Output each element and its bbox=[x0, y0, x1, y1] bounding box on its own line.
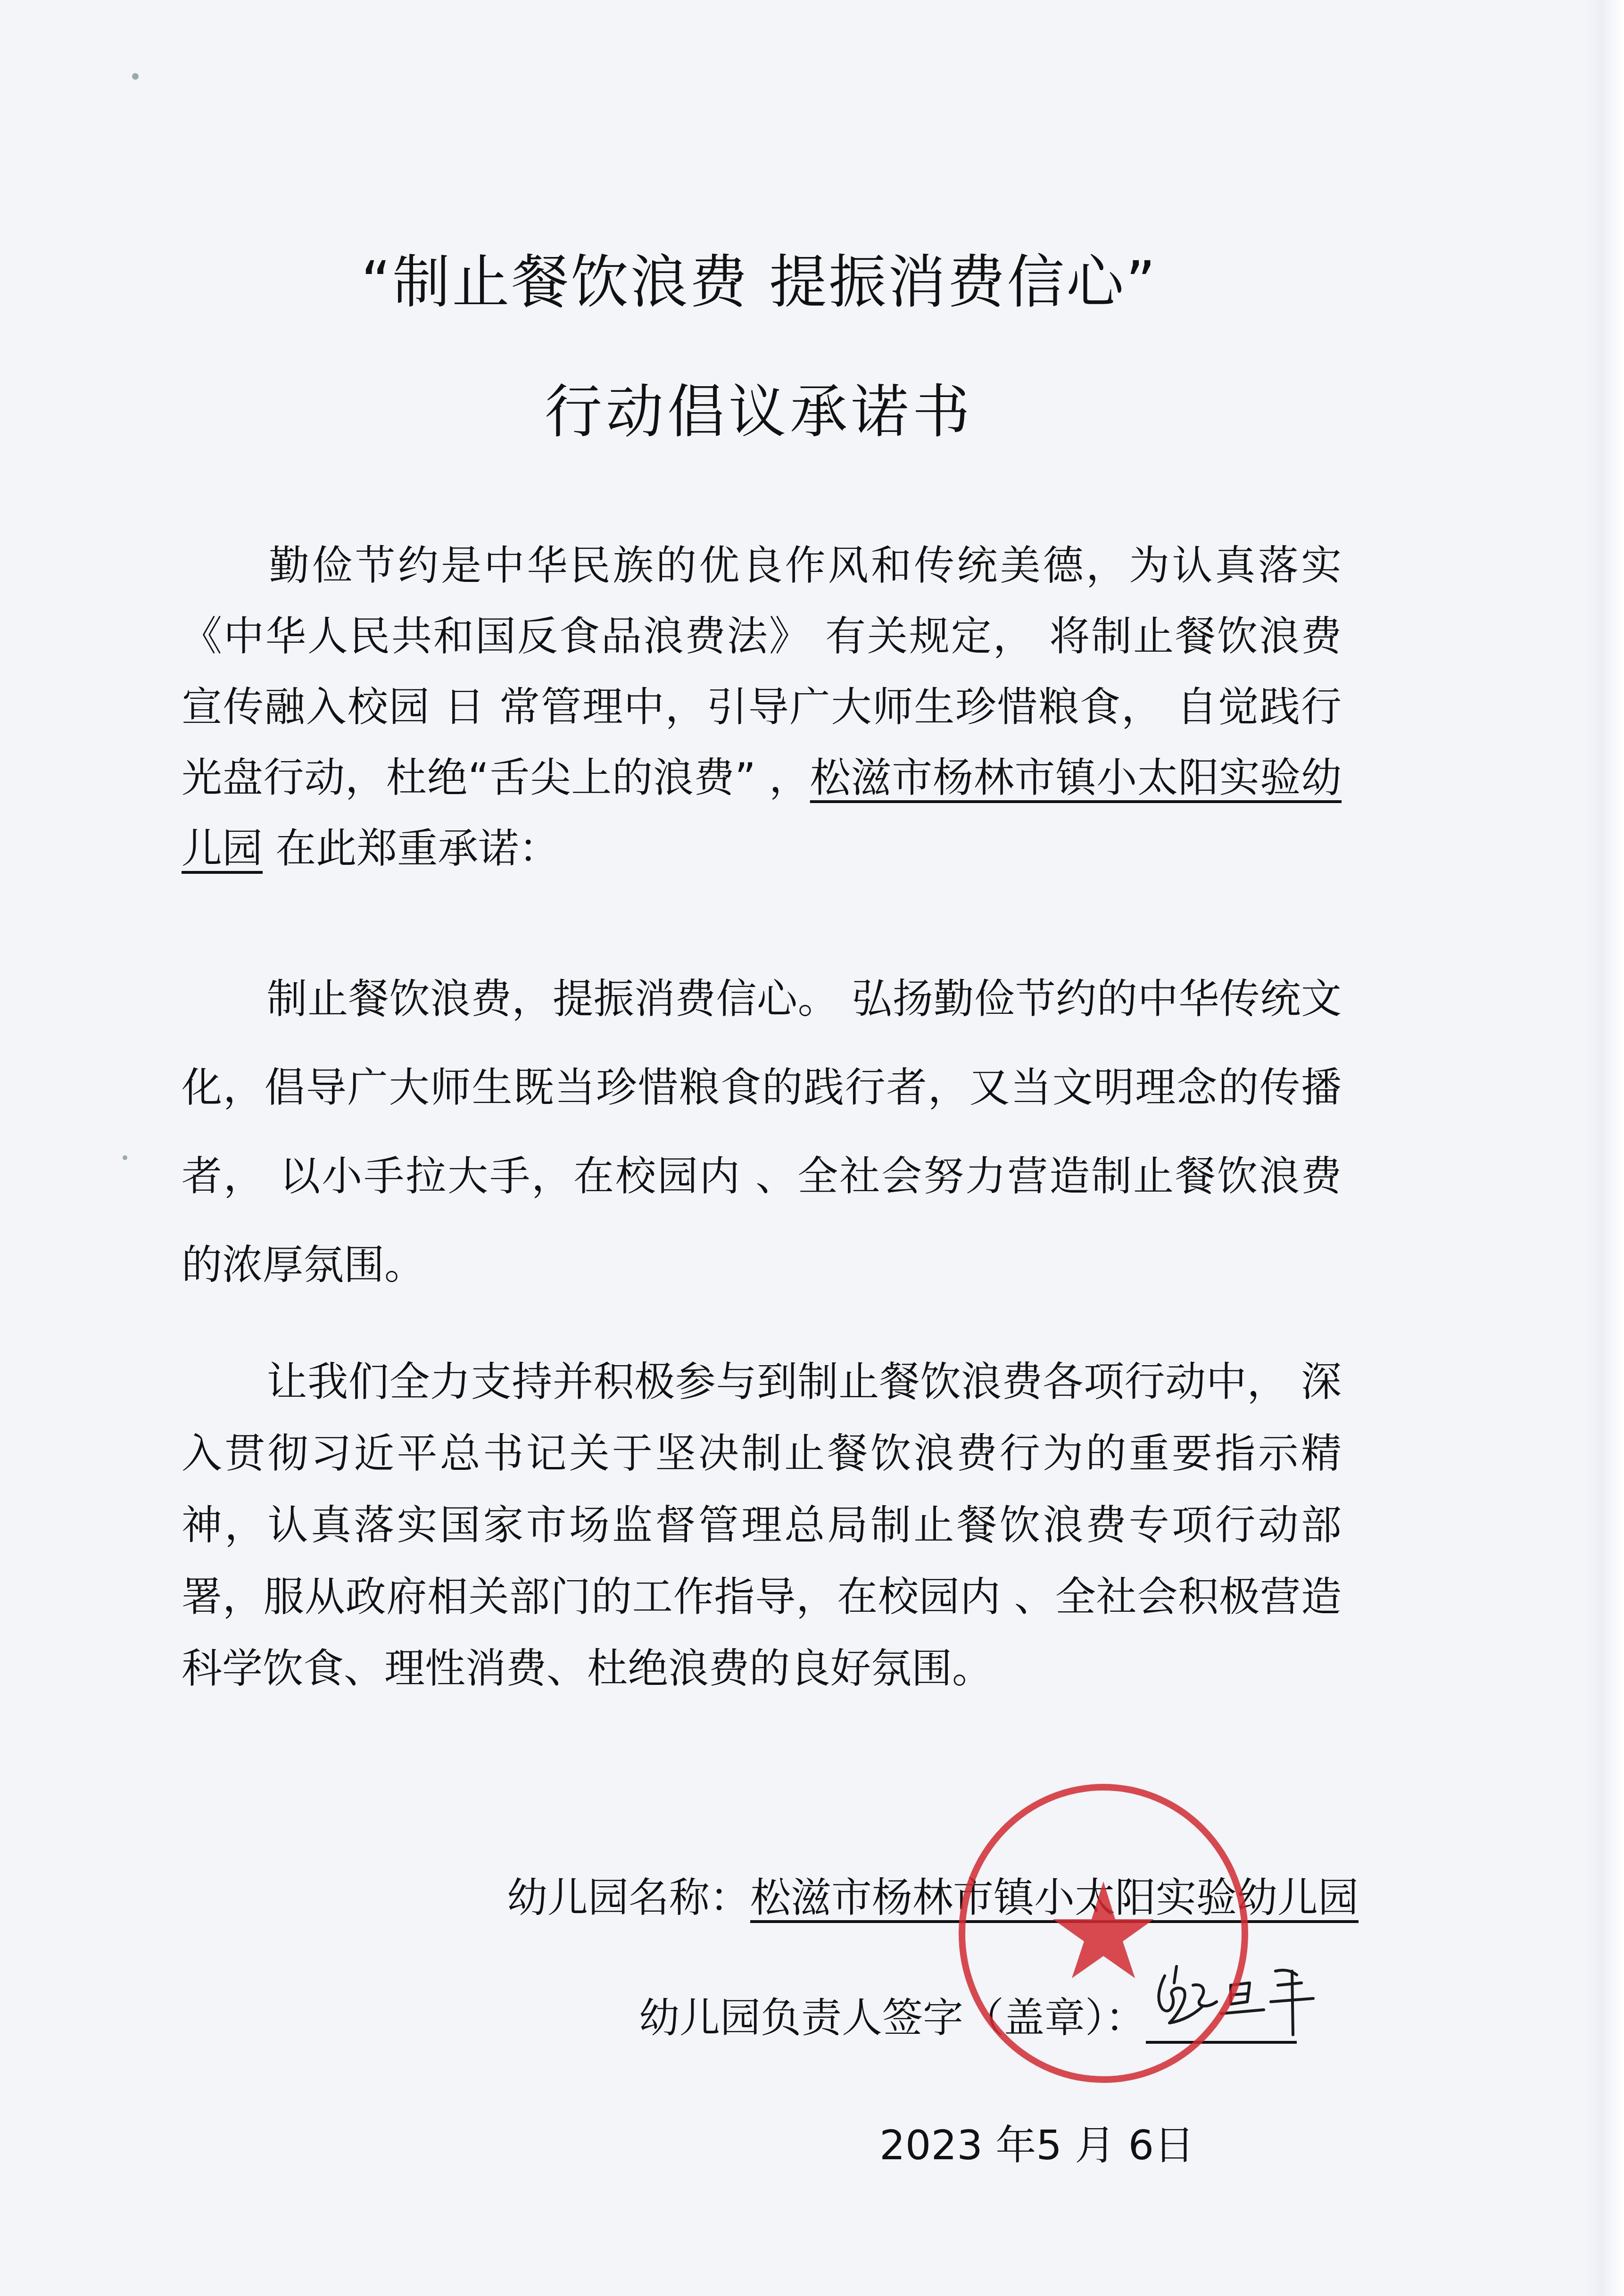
paragraph-intro: 勤俭节约是中华民族的优良作风和传统美德，为认真落实《中华人民共和国反食品浪费法》… bbox=[182, 530, 1342, 884]
scan-speck bbox=[123, 1155, 127, 1160]
document-title: “制止餐饮浪费 提振消费信心” bbox=[0, 236, 1518, 318]
document-subtitle: 行动倡议承诺书 bbox=[0, 365, 1518, 448]
signer-row: 幼儿园负责人签字（盖章）： bbox=[639, 1985, 1297, 2044]
name-value: 松滋市杨林市镇小太阳实验幼儿园 bbox=[750, 1874, 1359, 1922]
commitment-text: 制止餐饮浪费，提振消费信心。 弘扬勤俭节约的中华传统文化，倡导广大师生既当珍惜粮… bbox=[182, 976, 1342, 1289]
signature-line bbox=[1146, 1994, 1297, 2044]
kindergarten-name-row: 幼儿园名称：松滋市杨林市镇小太阳实验幼儿园 bbox=[507, 1865, 1359, 1923]
document-date: 2023 年5 月 6日 bbox=[879, 2113, 1194, 2171]
scan-speck bbox=[132, 73, 139, 80]
paragraph-action: 让我们全力支持并积极参与到制止餐饮浪费各项行动中， 深入贯彻习近平总书记关于坚决… bbox=[182, 1346, 1342, 1705]
action-text: 让我们全力支持并积极参与到制止餐饮浪费各项行动中， 深入贯彻习近平总书记关于坚决… bbox=[182, 1359, 1342, 1692]
intro-tail: 在此郑重承诺： bbox=[263, 825, 559, 872]
paragraph-commitment: 制止餐饮浪费，提振消费信心。 弘扬勤俭节约的中华传统文化，倡导广大师生既当珍惜粮… bbox=[182, 955, 1342, 1310]
signer-label: 幼儿园负责人签字（盖章）： bbox=[639, 1995, 1146, 2042]
page-edge bbox=[1586, 0, 1624, 2296]
name-label: 幼儿园名称： bbox=[507, 1874, 750, 1922]
